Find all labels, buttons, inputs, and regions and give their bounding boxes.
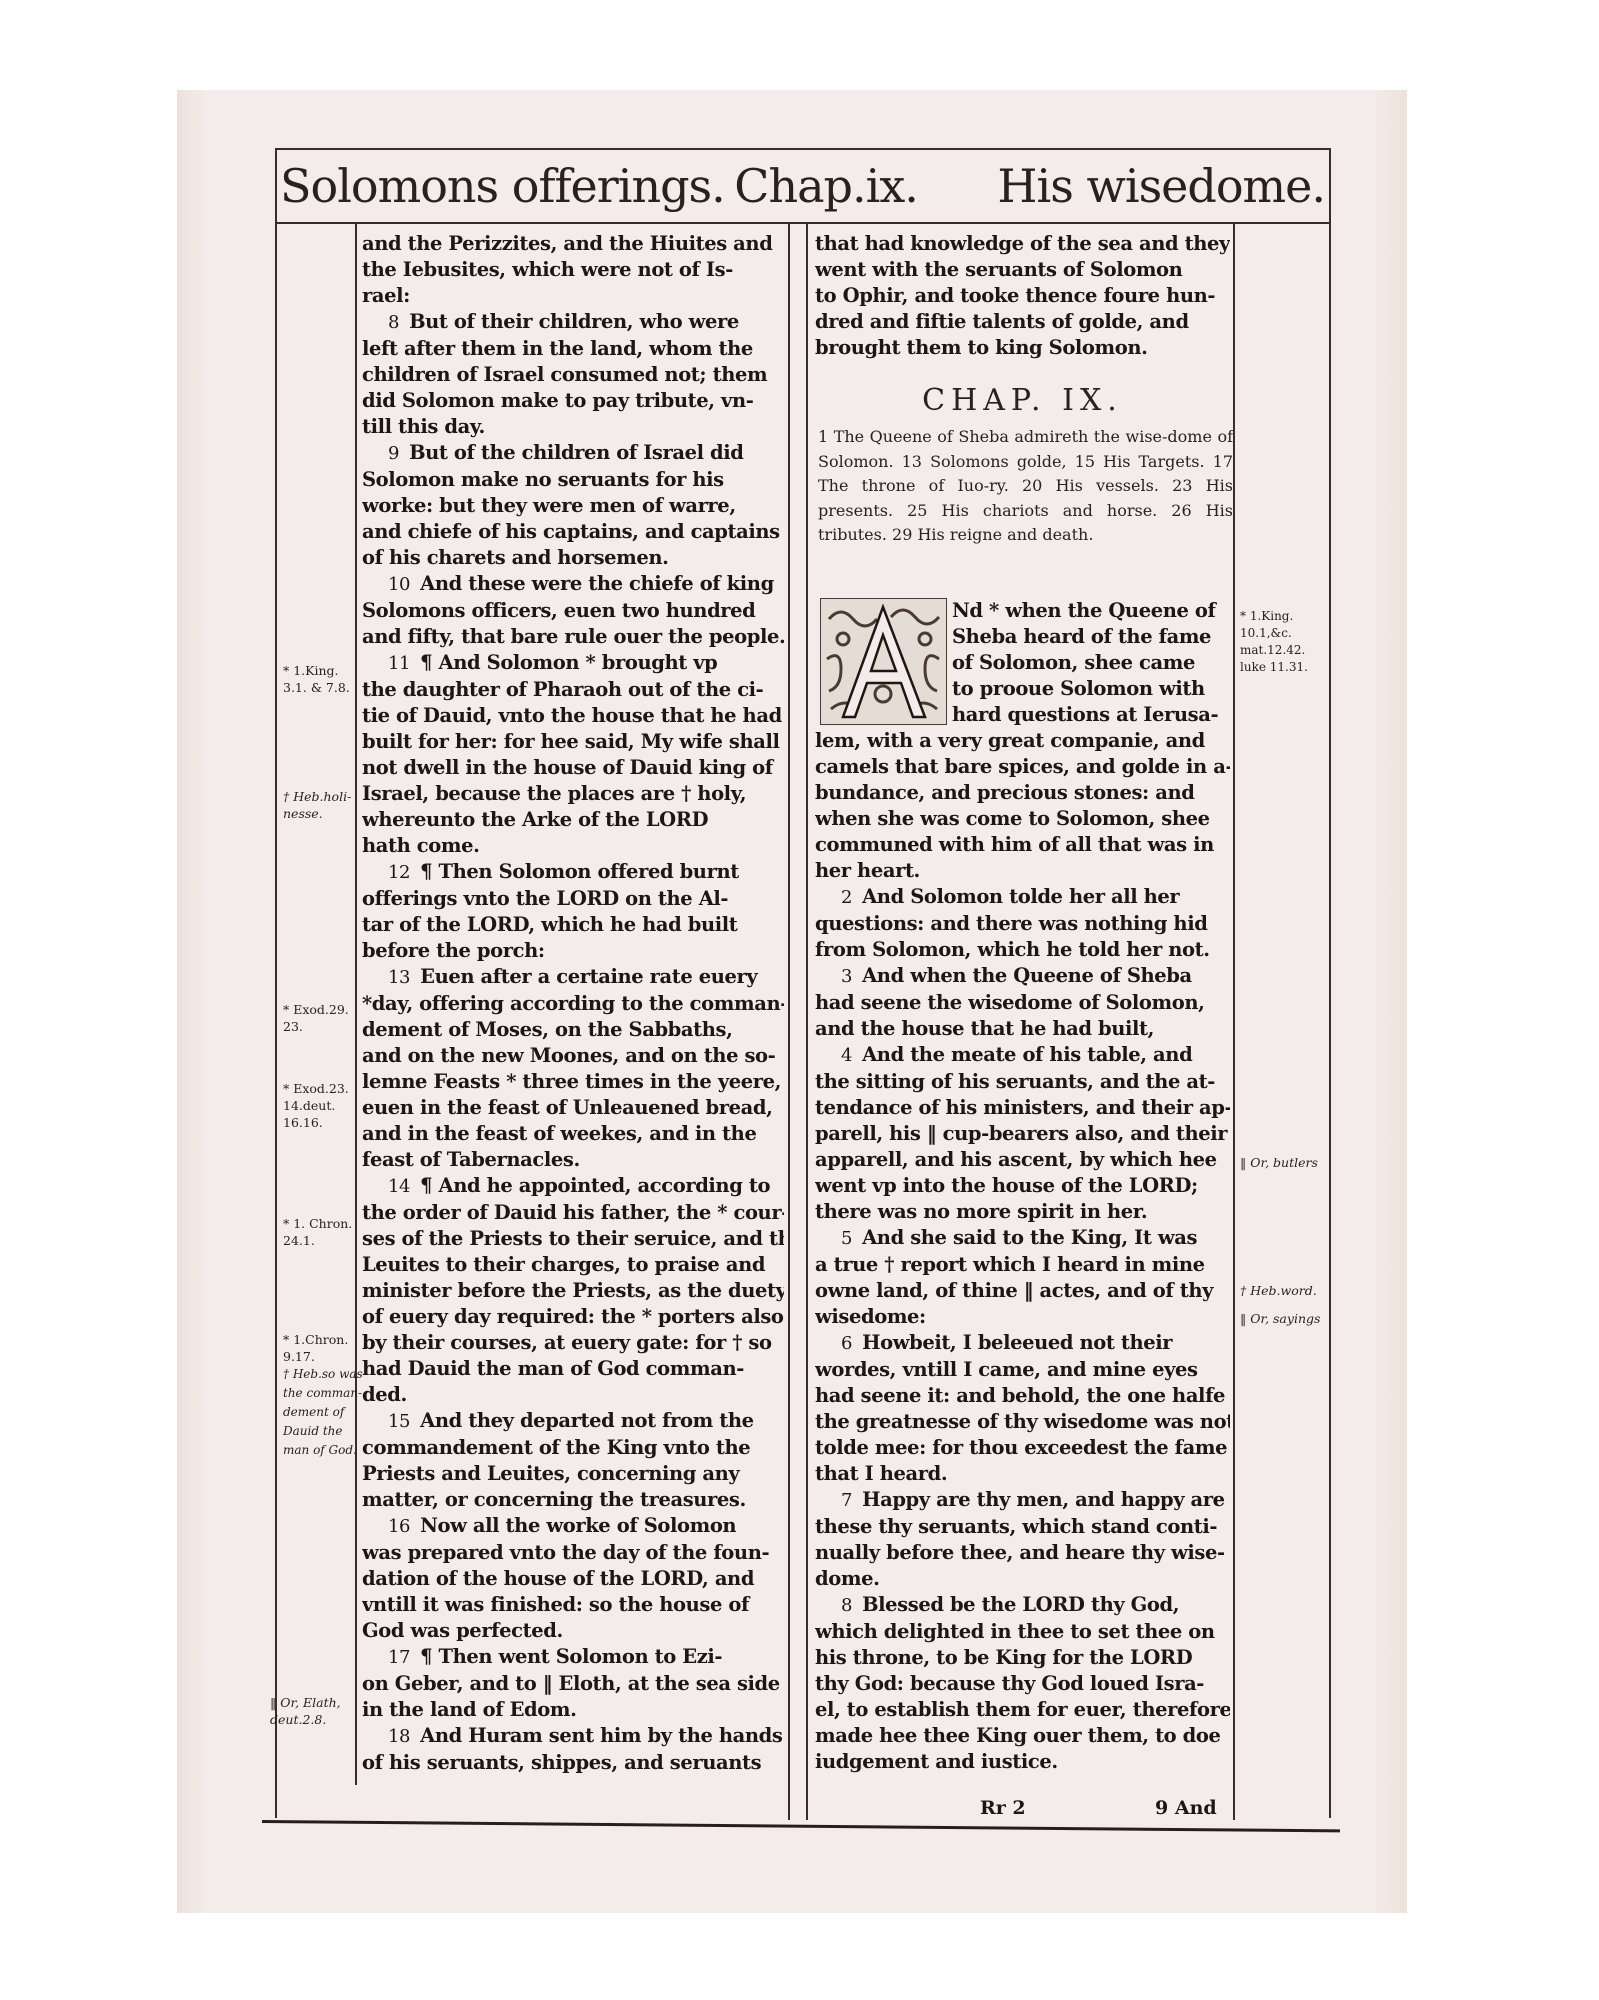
verse-number: 2 — [841, 887, 852, 908]
running-header: Solomons offerings. Chap.ix. His wisedom… — [280, 150, 1325, 222]
text-line: went vp into the house of the LORD; — [815, 1173, 1230, 1199]
verse-number: 11 — [388, 653, 410, 674]
margin-note: ‖ Or, butlers — [1240, 1154, 1318, 1171]
text-line: ses of the Priests to their seruice, and… — [362, 1226, 784, 1252]
text-line: Sheba heard of the fame — [952, 624, 1232, 650]
verse-number: 13 — [388, 967, 410, 988]
text-line: of Solomon, shee came — [952, 650, 1232, 676]
text-line: Nd * when the Queene of — [952, 598, 1232, 624]
text-line: lemne Feasts * three times in the yeere, — [362, 1069, 784, 1095]
margin-note: * 1.King. 10.1,&c. mat.12.42. luke 11.31… — [1240, 608, 1308, 676]
text-line: in the land of Edom. — [362, 1697, 784, 1723]
text-line: tar of the LORD, which he had built — [362, 912, 784, 938]
text-line: to Ophir, and tooke thence foure hun- — [815, 283, 1230, 309]
left-margin-rule — [355, 222, 357, 1785]
text-line: apparell, and his ascent, by which hee — [815, 1147, 1230, 1173]
text-line: Priests and Leuites, concerning any — [362, 1461, 784, 1487]
text-line: a true † report which I heard in mine — [815, 1252, 1230, 1278]
signature-mark: Rr 2 — [980, 1797, 1026, 1819]
text-line: hath come. — [362, 833, 784, 859]
text-line: before the porch: — [362, 938, 784, 964]
verse-number: 14 — [388, 1176, 410, 1197]
text-line: of his charets and horsemen. — [362, 545, 784, 571]
right-text-column: lem, with a very great companie, andcame… — [815, 728, 1230, 1775]
text-line: there was no more spirit in her. — [815, 1199, 1230, 1225]
text-line: nually before thee, and heare thy wise- — [815, 1540, 1230, 1566]
text-line: built for her: for hee said, My wife sha… — [362, 729, 784, 755]
catchword: 9 And — [1155, 1797, 1217, 1819]
text-line: 5And she said to the King, It was — [815, 1225, 1230, 1252]
column-separator-right — [806, 222, 808, 1820]
text-line: 2And Solomon tolde her all her — [815, 884, 1230, 911]
text-line: tie of Dauid, vnto the house that he had — [362, 703, 784, 729]
text-line: worke: but they were men of warre, — [362, 493, 784, 519]
text-line: and on the new Moones, and on the so- — [362, 1043, 784, 1069]
text-line: left after them in the land, whom the — [362, 336, 784, 362]
text-line: 6Howbeit, I beleeued not their — [815, 1330, 1230, 1357]
text-line: tolde mee: for thou exceedest the fame — [815, 1435, 1230, 1461]
verse-number: 15 — [388, 1411, 410, 1432]
text-line: the order of Dauid his father, the * cou… — [362, 1200, 784, 1226]
text-line: had Dauid the man of God comman- — [362, 1356, 784, 1382]
verse-number: 5 — [841, 1228, 852, 1249]
text-line: to prooue Solomon with — [952, 676, 1232, 702]
margin-note: * 1.Chron. 9.17. — [283, 1331, 348, 1365]
text-line: Solomons officers, euen two hundred — [362, 598, 784, 624]
text-line: of his seruants, shippes, and seruants — [362, 1750, 784, 1776]
text-line: communed with him of all that was in — [815, 832, 1230, 858]
text-line: the Iebusites, which were not of Is- — [362, 257, 784, 283]
text-line: 9But of the children of Israel did — [362, 440, 784, 467]
text-line: had seene the wisedome of Solomon, — [815, 990, 1230, 1016]
text-line: the greatnesse of thy wisedome was not — [815, 1409, 1230, 1435]
dropcap-lines: Nd * when the Queene ofSheba heard of th… — [952, 598, 1232, 728]
text-line: el, to establish them for euer, therefor… — [815, 1697, 1230, 1723]
text-line: Solomon make no seruants for his — [362, 467, 784, 493]
text-line: euen in the feast of Unleauened bread, — [362, 1095, 784, 1121]
text-line: hard questions at Ierusa- — [952, 702, 1232, 728]
text-line: his throne, to be King for the LORD — [815, 1645, 1230, 1671]
text-line: by their courses, at euery gate: for † s… — [362, 1330, 784, 1356]
text-line: was prepared vnto the day of the foun- — [362, 1540, 784, 1566]
left-text-column: and the Perizzites, and the Hiuites andt… — [362, 231, 784, 1776]
text-line: 12¶ Then Solomon offered burnt — [362, 859, 784, 886]
text-line: the sitting of his seruants, and the at- — [815, 1069, 1230, 1095]
text-line: wisedome: — [815, 1304, 1230, 1330]
verse-number: 3 — [841, 966, 852, 987]
summary-text: 1 The Queene of Sheba admireth the wise-… — [818, 425, 1233, 548]
text-line: till this day. — [362, 414, 784, 440]
text-line: had seene it: and behold, the one halfe … — [815, 1383, 1230, 1409]
margin-note: † Heb.holi- nesse. — [283, 788, 351, 822]
verse-number: 6 — [841, 1333, 852, 1354]
text-line: tendance of his ministers, and their ap- — [815, 1095, 1230, 1121]
text-line: matter, or concerning the treasures. — [362, 1487, 784, 1513]
text-line: 18And Huram sent him by the hands — [362, 1723, 784, 1750]
verse-number: 18 — [388, 1726, 410, 1747]
text-line: made hee thee King ouer them, to doe — [815, 1723, 1230, 1749]
foliage-ornament-icon — [821, 599, 946, 724]
text-line: which delighted in thee to set thee on — [815, 1619, 1230, 1645]
text-line: 17¶ Then went Solomon to Ezi- — [362, 1644, 784, 1671]
text-line: and in the feast of weekes, and in the — [362, 1121, 784, 1147]
text-line: and chiefe of his captains, and captains — [362, 519, 784, 545]
verse-number: 17 — [388, 1647, 410, 1668]
text-line: the daughter of Pharaoh out of the ci- — [362, 677, 784, 703]
text-line: offerings vnto the LORD on the Al- — [362, 886, 784, 912]
text-line: and fifty, that bare rule ouer the peopl… — [362, 624, 784, 650]
text-line: God was perfected. — [362, 1618, 784, 1644]
text-line: bundance, and precious stones: and — [815, 780, 1230, 806]
column-separator-left — [788, 222, 790, 1820]
margin-note: * Exod.23. 14.deut. 16.16. — [283, 1080, 349, 1131]
verse-number: 10 — [388, 574, 410, 595]
text-line: commandement of the King vnto the — [362, 1435, 784, 1461]
text-line: 15And they departed not from the — [362, 1408, 784, 1435]
margin-note: † Heb.so was the comman- dement of Dauid… — [283, 1365, 363, 1460]
text-line: 8Blessed be the LORD thy God, — [815, 1592, 1230, 1619]
text-line: not dwell in the house of Dauid king of — [362, 755, 784, 781]
text-line: 3And when the Queene of Sheba — [815, 963, 1230, 990]
text-line: 4And the meate of his table, and — [815, 1042, 1230, 1069]
text-line: *day, offering according to the comman- — [362, 991, 784, 1017]
margin-note: † Heb.word. — [1240, 1282, 1317, 1299]
right-column-continuation: that had knowledge of the sea and theywe… — [815, 231, 1230, 361]
chapter-summary: 1 The Queene of Sheba admireth the wise-… — [818, 425, 1233, 548]
verse-number: 7 — [841, 1490, 852, 1511]
text-line: dement of Moses, on the Sabbaths, — [362, 1017, 784, 1043]
verse-number: 4 — [841, 1045, 852, 1066]
text-line: 8But of their children, who were — [362, 309, 784, 336]
verse-number: 8 — [388, 312, 399, 333]
text-line: parell, his ‖ cup-bearers also, and thei… — [815, 1121, 1230, 1147]
text-line: 11¶ And Solomon * brought vp — [362, 650, 784, 677]
text-line: rael: — [362, 283, 784, 309]
text-line: 13Euen after a certaine rate euery — [362, 964, 784, 991]
text-line: feast of Tabernacles. — [362, 1147, 784, 1173]
margin-note: ‖ Or, Elath, deut.2.8. — [270, 1694, 341, 1728]
text-line: questions: and there was nothing hid — [815, 911, 1230, 937]
text-line: 7Happy are thy men, and happy are — [815, 1487, 1230, 1514]
text-line: and the house that he had built, — [815, 1016, 1230, 1042]
text-line: her heart. — [815, 858, 1230, 884]
margin-note: ‖ Or, sayings — [1240, 1310, 1320, 1327]
text-line: from Solomon, which he told her not. — [815, 937, 1230, 963]
text-line: 10And these were the chiefe of king — [362, 571, 784, 598]
text-line: brought them to king Solomon. — [815, 335, 1230, 361]
ornamental-dropcap — [820, 598, 947, 725]
text-line: ded. — [362, 1382, 784, 1408]
text-line: camels that bare spices, and golde in a- — [815, 754, 1230, 780]
verse-number: 16 — [388, 1516, 410, 1537]
verse-number: 8 — [841, 1595, 852, 1616]
text-line: wordes, vntill I came, and mine eyes — [815, 1357, 1230, 1383]
text-line: iudgement and iustice. — [815, 1749, 1230, 1775]
header-right-title: His wisedome. — [997, 159, 1325, 213]
margin-note: * 1.King. 3.1. & 7.8. — [283, 662, 350, 696]
chapter-title: CHAP. IX. — [815, 383, 1230, 418]
text-line: Israel, because the places are † holy, — [362, 781, 784, 807]
text-line: and the Perizzites, and the Hiuites and — [362, 231, 784, 257]
text-line: 16Now all the worke of Solomon — [362, 1513, 784, 1540]
margin-note: * 1. Chron. 24.1. — [283, 1215, 352, 1249]
margin-note: * Exod.29. 23. — [283, 1001, 349, 1035]
text-line: whereunto the Arke of the LORD — [362, 807, 784, 833]
text-line: that I heard. — [815, 1461, 1230, 1487]
verse-number: 9 — [388, 443, 399, 464]
text-line: children of Israel consumed not; them — [362, 362, 784, 388]
text-line: dred and fiftie talents of golde, and — [815, 309, 1230, 335]
right-margin-rule — [1233, 222, 1235, 1820]
text-line: on Geber, and to ‖ Eloth, at the sea sid… — [362, 1671, 784, 1697]
text-line: when she was come to Solomon, shee — [815, 806, 1230, 832]
text-line: that had knowledge of the sea and they — [815, 231, 1230, 257]
text-line: did Solomon make to pay tribute, vn- — [362, 388, 784, 414]
text-line: dation of the house of the LORD, and — [362, 1566, 784, 1592]
text-line: these thy seruants, which stand conti- — [815, 1514, 1230, 1540]
text-line: of euery day required: the * porters als… — [362, 1304, 784, 1330]
text-line: owne land, of thine ‖ actes, and of thy — [815, 1278, 1230, 1304]
verse-number: 12 — [388, 862, 410, 883]
text-line: 14¶ And he appointed, according to — [362, 1173, 784, 1200]
text-line: vntill it was finished: so the house of — [362, 1592, 784, 1618]
text-line: lem, with a very great companie, and — [815, 728, 1230, 754]
text-line: went with the seruants of Solomon — [815, 257, 1230, 283]
header-left-title: Solomons offerings. — [280, 159, 725, 213]
text-line: Leuites to their charges, to praise and — [362, 1252, 784, 1278]
text-line: minister before the Priests, as the duet… — [362, 1278, 784, 1304]
header-chapter: Chap.ix. — [734, 159, 918, 213]
text-line: thy God: because thy God loued Isra- — [815, 1671, 1230, 1697]
text-line: dome. — [815, 1566, 1230, 1592]
